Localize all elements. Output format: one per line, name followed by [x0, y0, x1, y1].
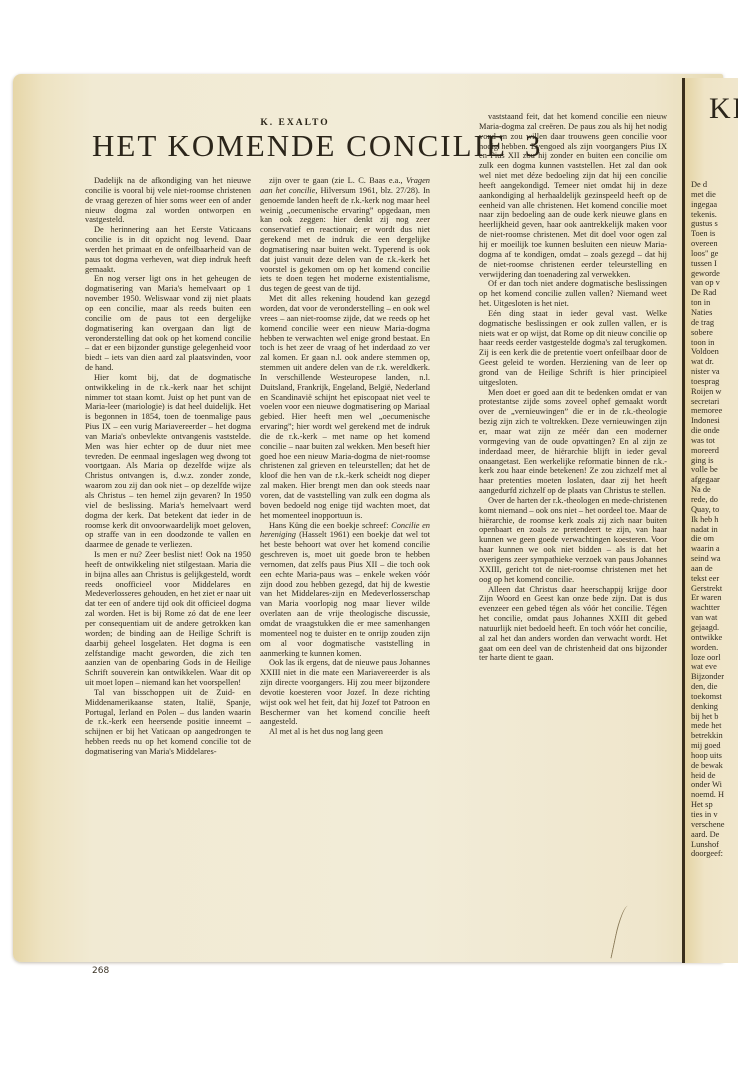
next-page-line: met die [691, 190, 738, 200]
next-page-line: Bijzonder [691, 672, 738, 682]
next-page-line: seind wa [691, 554, 738, 564]
next-page-line: mede het [691, 721, 738, 731]
paragraph: Over de harten der r.k.-theologen en med… [479, 496, 667, 585]
paragraph: Eén ding staat in ieder geval vast. Welk… [479, 309, 667, 388]
next-page-line: ontwikke [691, 633, 738, 643]
next-page-line: Ik heb h [691, 515, 738, 525]
next-page-line: rede, do [691, 495, 738, 505]
next-page-line: Er waren [691, 593, 738, 603]
paragraph: vaststaand feit, dat het komend concilie… [479, 112, 667, 279]
next-page-line: De d [691, 180, 738, 190]
next-page-line: De Rad [691, 288, 738, 298]
next-page-line: Lunshof [691, 840, 738, 850]
text-column-3: vaststaand feit, dat het komend concilie… [479, 112, 667, 663]
next-page-line: denking [691, 702, 738, 712]
next-page-line: wachtter [691, 603, 738, 613]
next-page-line: de bewak [691, 761, 738, 771]
next-page-line: aard. De [691, 830, 738, 840]
next-page-line: tekst eer [691, 574, 738, 584]
next-page-line: betrekkin [691, 731, 738, 741]
next-page-line: moreerd [691, 446, 738, 456]
next-page-fragment: KF De dmet dieingegaatekenis.gustus sToe… [682, 78, 738, 963]
next-page-line: Het sp [691, 800, 738, 810]
next-page-line: gustus s [691, 219, 738, 229]
paragraph: Hans Küng die een boekje schreef: Concil… [260, 521, 430, 659]
next-page-line: worden. [691, 643, 738, 653]
next-page-line: ingegaa [691, 200, 738, 210]
next-page-line: overeen [691, 239, 738, 249]
article-title: HET KOMENDE CONCILIE3 [92, 128, 472, 164]
next-page-line: heid de [691, 771, 738, 781]
next-page-line: afgegaar [691, 475, 738, 485]
next-page-line: Naties [691, 308, 738, 318]
next-page-line: sobere [691, 328, 738, 338]
next-page-line: bij het b [691, 712, 738, 722]
next-page-line: de trag [691, 318, 738, 328]
next-page-line: nadat in [691, 525, 738, 535]
next-page-line: nister va [691, 367, 738, 377]
next-page-line: wat eve [691, 662, 738, 672]
next-page-text-fragment: De dmet dieingegaatekenis.gustus sToen i… [691, 180, 738, 859]
next-page-line: Voldoen [691, 347, 738, 357]
next-page-line: toon in [691, 338, 738, 348]
next-page-line: memoree [691, 406, 738, 416]
next-page-line: loze oorl [691, 653, 738, 663]
next-page-line: toekomst [691, 692, 738, 702]
text-column-1: Dadelijk na de afkondiging van het nieuw… [85, 176, 251, 757]
article-title-text: HET KOMENDE CONCILIE [92, 128, 507, 163]
next-page-line: van op v [691, 278, 738, 288]
next-page-line: volle be [691, 465, 738, 475]
next-page-line: Quay, to [691, 505, 738, 515]
text-column-2: zijn over te gaan (zie L. C. Baas e.a., … [260, 176, 430, 737]
next-page-line: ton in [691, 298, 738, 308]
next-page-line: den, die [691, 682, 738, 692]
paragraph: Tal van bisschoppen uit de Zuid- en Midd… [85, 688, 251, 757]
next-page-line: loos" ge [691, 249, 738, 259]
next-page-line: Toen is [691, 229, 738, 239]
next-page-line: verschene [691, 820, 738, 830]
next-page-line: secretari [691, 397, 738, 407]
next-page-title-fragment: KF [709, 92, 738, 126]
next-page-line: Gerstrekt [691, 584, 738, 594]
paragraph: Al met al is het dus nog lang geen [260, 727, 430, 737]
paragraph: De herinnering aan het Eerste Vaticaans … [85, 225, 251, 274]
next-page-line: noemd. H [691, 790, 738, 800]
paragraph: Of er dan toch niet andere dogmatische b… [479, 279, 667, 309]
next-page-line: toesprag [691, 377, 738, 387]
next-page-line: doorgeef: [691, 849, 738, 859]
next-page-line: ging is [691, 456, 738, 466]
next-page-line: geworde [691, 269, 738, 279]
paragraph: Men doet er goed aan dit te bedenken omd… [479, 388, 667, 496]
next-page-line: mij goed [691, 741, 738, 751]
next-page-line: die onde [691, 426, 738, 436]
paragraph: Alleen dat Christus daar heerschappij kr… [479, 585, 667, 664]
next-page-line: waarin a [691, 544, 738, 554]
paragraph: zijn over te gaan (zie L. C. Baas e.a., … [260, 176, 430, 294]
next-page-line: wat dr. [691, 357, 738, 367]
author-byline: K. EXALTO [240, 118, 350, 128]
next-page-line: die om [691, 534, 738, 544]
paragraph: Is men er nu? Zeer beslist niet! Ook na … [85, 550, 251, 688]
paragraph: Met dit alles rekening houdend kan gezeg… [260, 294, 430, 520]
next-page-line: Roijen w [691, 387, 738, 397]
paragraph: Ook las ik ergens, dat de nieuwe paus Jo… [260, 658, 430, 727]
next-page-line: aan de [691, 564, 738, 574]
next-page-line: Na de [691, 485, 738, 495]
next-page-line: hoop uits [691, 751, 738, 761]
next-page-line: van wat [691, 613, 738, 623]
next-page-line: tussen I [691, 259, 738, 269]
page-number: 268 [92, 966, 109, 976]
next-page-line: Indonesi [691, 416, 738, 426]
next-page-line: ties in v [691, 810, 738, 820]
next-page-line: onder Wi [691, 780, 738, 790]
paragraph: Dadelijk na de afkondiging van het nieuw… [85, 176, 251, 225]
next-page-line: was tot [691, 436, 738, 446]
paragraph: En nog verser ligt ons in het geheugen d… [85, 274, 251, 372]
next-page-line: gejaagd. [691, 623, 738, 633]
next-page-line: tekenis. [691, 210, 738, 220]
paragraph: Hier komt bij, dat de dogmatische ontwik… [85, 373, 251, 550]
